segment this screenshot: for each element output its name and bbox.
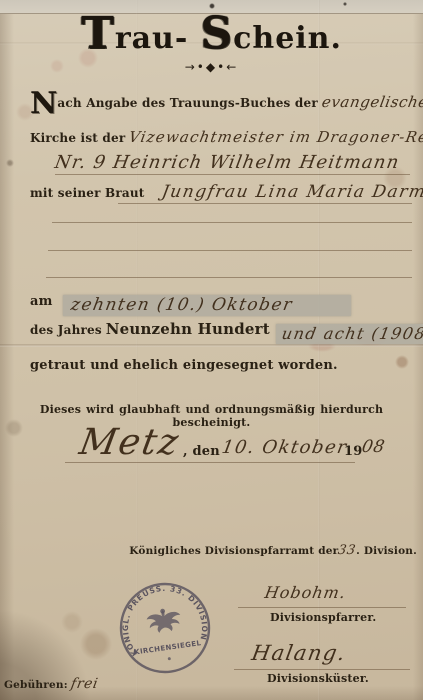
document-title: Trau-Schein. xyxy=(0,8,423,59)
signature-kuester: Halang. xyxy=(252,641,346,665)
highlighted-field: und acht (1908) xyxy=(276,324,423,344)
ruled-line xyxy=(48,250,412,251)
signature-role-label: Divisionspfarrer. xyxy=(270,611,376,624)
office-line: Königliches Divisionspfarramt der33. Div… xyxy=(129,543,417,558)
date-handwritten: 10. Oktober xyxy=(220,437,349,458)
printed-text: ach Angabe des Trauungs-Buches der xyxy=(57,96,317,110)
closing-line: getraut und ehelich eingesegnet worden. xyxy=(30,358,338,373)
ruled-line xyxy=(234,669,410,670)
signature-handwritten: Hobohm. xyxy=(263,583,347,602)
ruled-line xyxy=(65,462,355,463)
signature-handwritten: Halang. xyxy=(250,641,348,665)
printed-text: , den xyxy=(183,444,220,459)
handwritten-text: evangelischen Garnison- xyxy=(320,93,423,111)
attestation-line: Dieses wird glaubhaft und ordnungsmäßig … xyxy=(0,403,423,429)
wedding-year-handwritten: und acht (1908) xyxy=(274,324,423,343)
title-word: Trau- xyxy=(75,8,194,59)
divider-ornament-icon: →•◆•← xyxy=(0,60,423,74)
title-word: Schein. xyxy=(194,8,348,59)
wedding-date-handwritten: zehnten (10.) Oktober xyxy=(61,295,294,315)
fees-label: Gebühren: xyxy=(4,679,68,691)
division-number-handwritten: 33 xyxy=(337,543,357,558)
printed-text: . Division. xyxy=(356,545,417,557)
ruled-line xyxy=(55,174,410,175)
church-seal-stamp: KÖNIGL. PREUSS. 33. DIVISION KIRCHENSIEG… xyxy=(111,574,219,682)
groom-name-handwritten: Nr. 9 Heinrich Wilhelm Heitmann xyxy=(53,152,401,173)
fees-line: Gebühren: frei xyxy=(4,676,98,692)
bride-name-handwritten: Jungfrau Lina Maria Darm xyxy=(161,182,423,202)
ruled-line xyxy=(46,277,412,278)
printed-text: Kirche ist der xyxy=(30,131,125,145)
body-line-bride: mit seiner Braut Jungfrau Lina Maria Dar… xyxy=(30,182,423,202)
handwritten-text: Vizewachtmeister im Dragoner-Regiment xyxy=(128,128,423,146)
fees-value-handwritten: frei xyxy=(70,676,100,692)
printed-text-large: Neunzehn Hundert xyxy=(106,320,270,338)
wedding-date-line: am zehnten (10.) Oktober xyxy=(30,294,351,316)
printed-text: des Jahres xyxy=(30,323,102,337)
ruled-line xyxy=(52,222,412,223)
highlighted-field: zehnten (10.) Oktober xyxy=(63,295,351,316)
year-handwritten: 08 xyxy=(360,437,386,457)
stamp-bottom-text: KIRCHENSIEGEL xyxy=(134,639,202,656)
place-handwritten: Metz xyxy=(76,422,183,463)
printed-text: Königliches Divisionspfarramt der xyxy=(129,545,338,557)
ruled-line xyxy=(118,203,412,204)
fold-crease xyxy=(0,344,423,347)
ruled-line xyxy=(238,607,406,608)
body-line-groom: Nr. 9 Heinrich Wilhelm Heitmann xyxy=(55,152,399,173)
wedding-year-line: des Jahres Neunzehn Hundert und acht (19… xyxy=(30,320,423,344)
signature-role-label: Divisionsküster. xyxy=(267,672,369,685)
printed-text: am xyxy=(30,294,53,309)
printed-text: mit seiner Braut xyxy=(30,186,145,200)
eagle-icon xyxy=(145,606,182,634)
body-line-2: Kirche ist der Vizewachtmeister im Drago… xyxy=(30,128,423,146)
body-line-1: Nach Angabe des Trauungs-Buches der evan… xyxy=(30,93,423,113)
signature-pfarrer: Hobohm. xyxy=(265,583,346,602)
seal-icon: KÖNIGL. PREUSS. 33. DIVISION KIRCHENSIEG… xyxy=(111,574,219,682)
marriage-certificate-document: Trau-Schein. →•◆•← Nach Angabe des Trauu… xyxy=(0,0,423,700)
dropcap-initial: N xyxy=(30,86,57,121)
